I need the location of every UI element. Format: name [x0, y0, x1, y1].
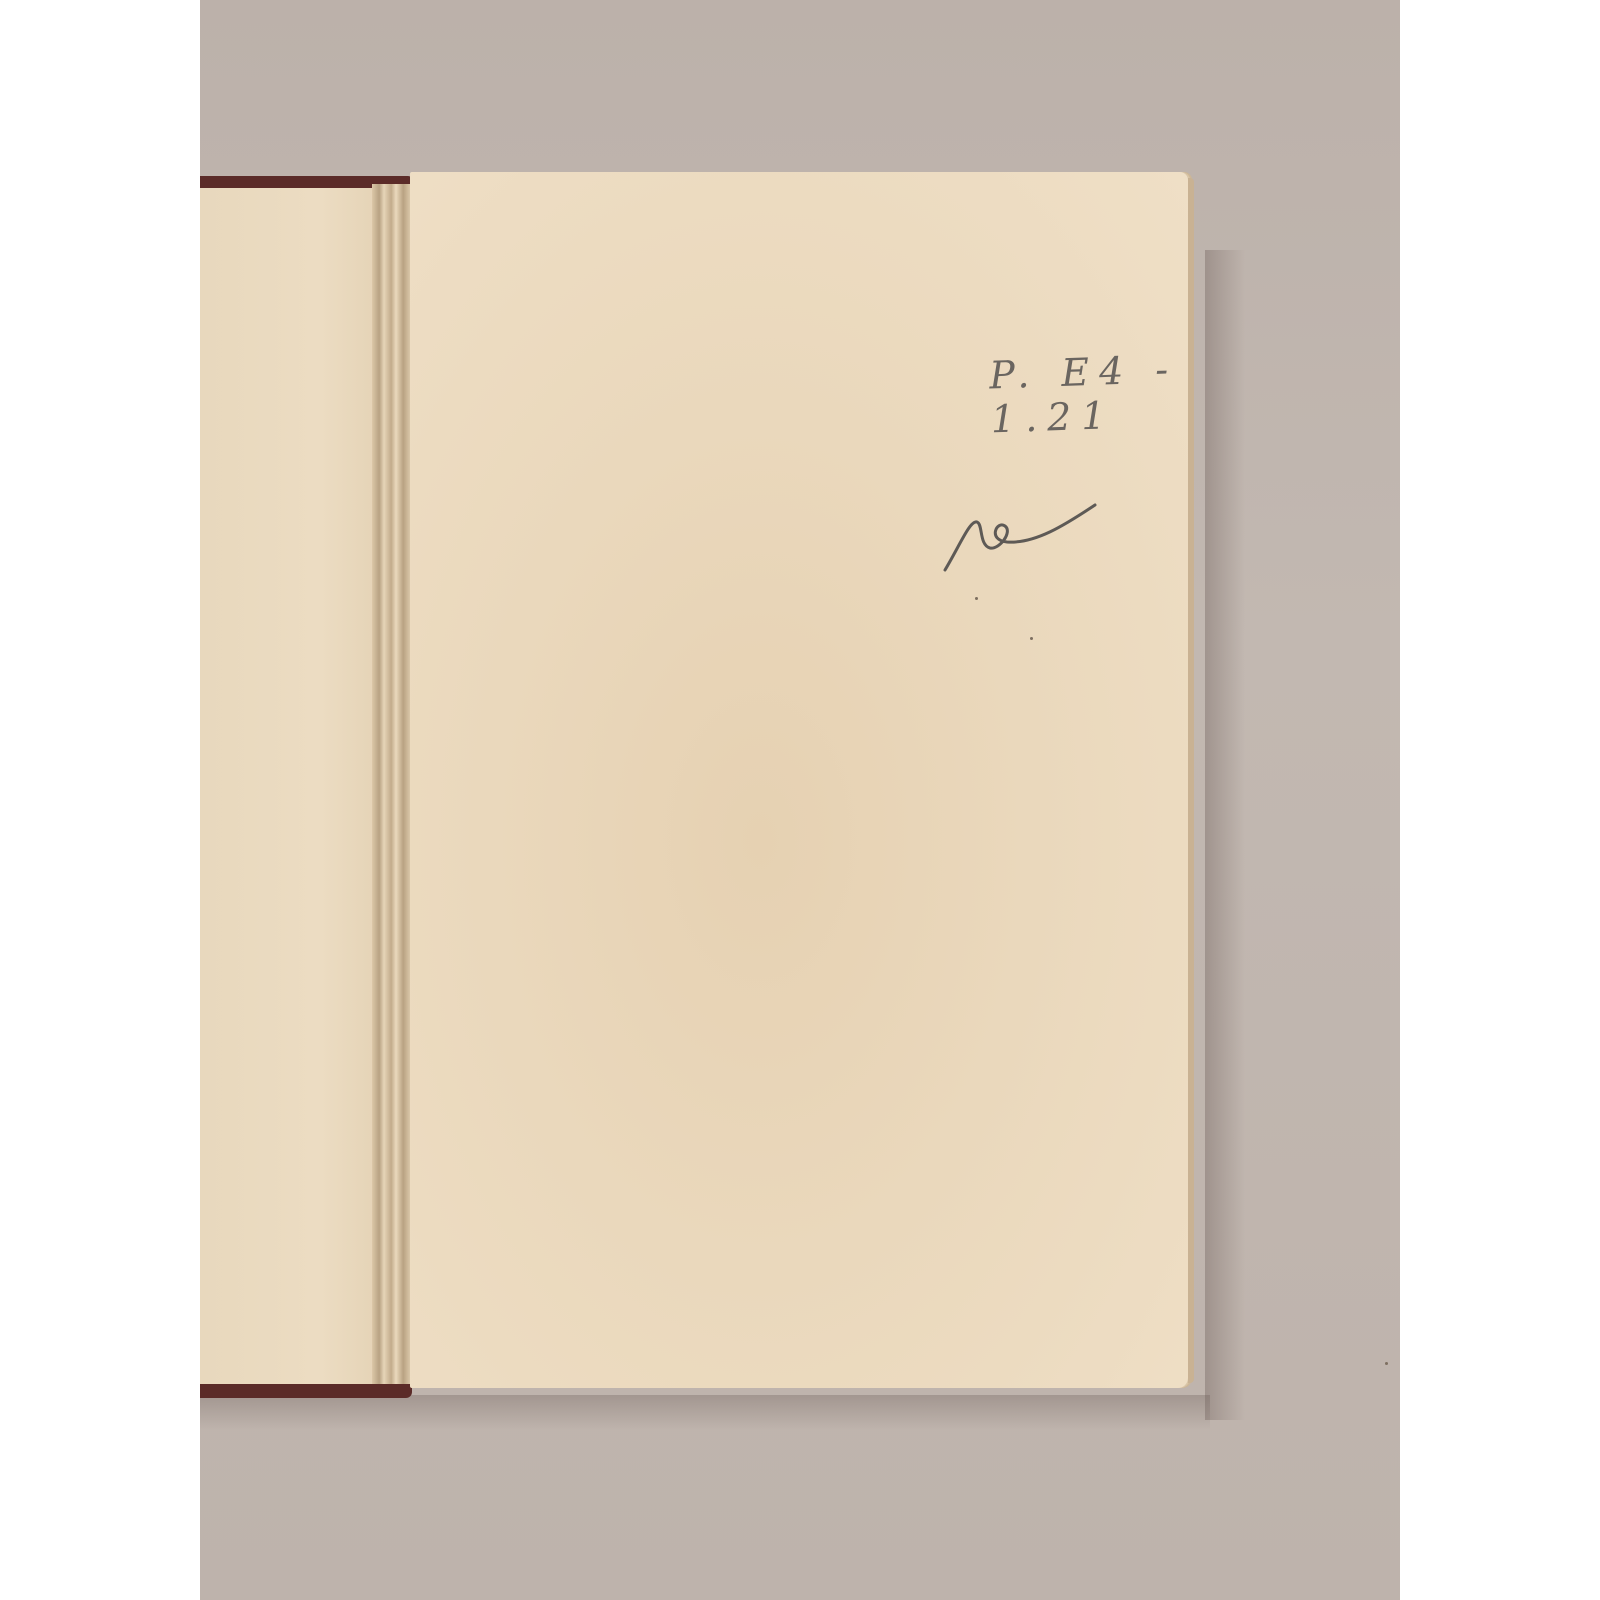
book-hinge — [372, 184, 412, 1384]
page-shadow — [1205, 250, 1245, 1420]
bottom-shadow — [200, 1395, 1210, 1430]
endpaper-page: P. E4 - 1.21 — [410, 172, 1188, 1388]
pencil-annotation-code: P. E4 - 1.21 — [989, 347, 1190, 442]
paper-speck — [975, 597, 978, 600]
pencil-scribble-icon — [935, 490, 1105, 580]
paper-speck — [1385, 1362, 1388, 1365]
page-fore-edge — [1188, 178, 1194, 1383]
paper-speck — [1030, 637, 1033, 640]
inside-front-cover — [200, 188, 400, 1384]
book-photo: P. E4 - 1.21 — [200, 0, 1400, 1600]
